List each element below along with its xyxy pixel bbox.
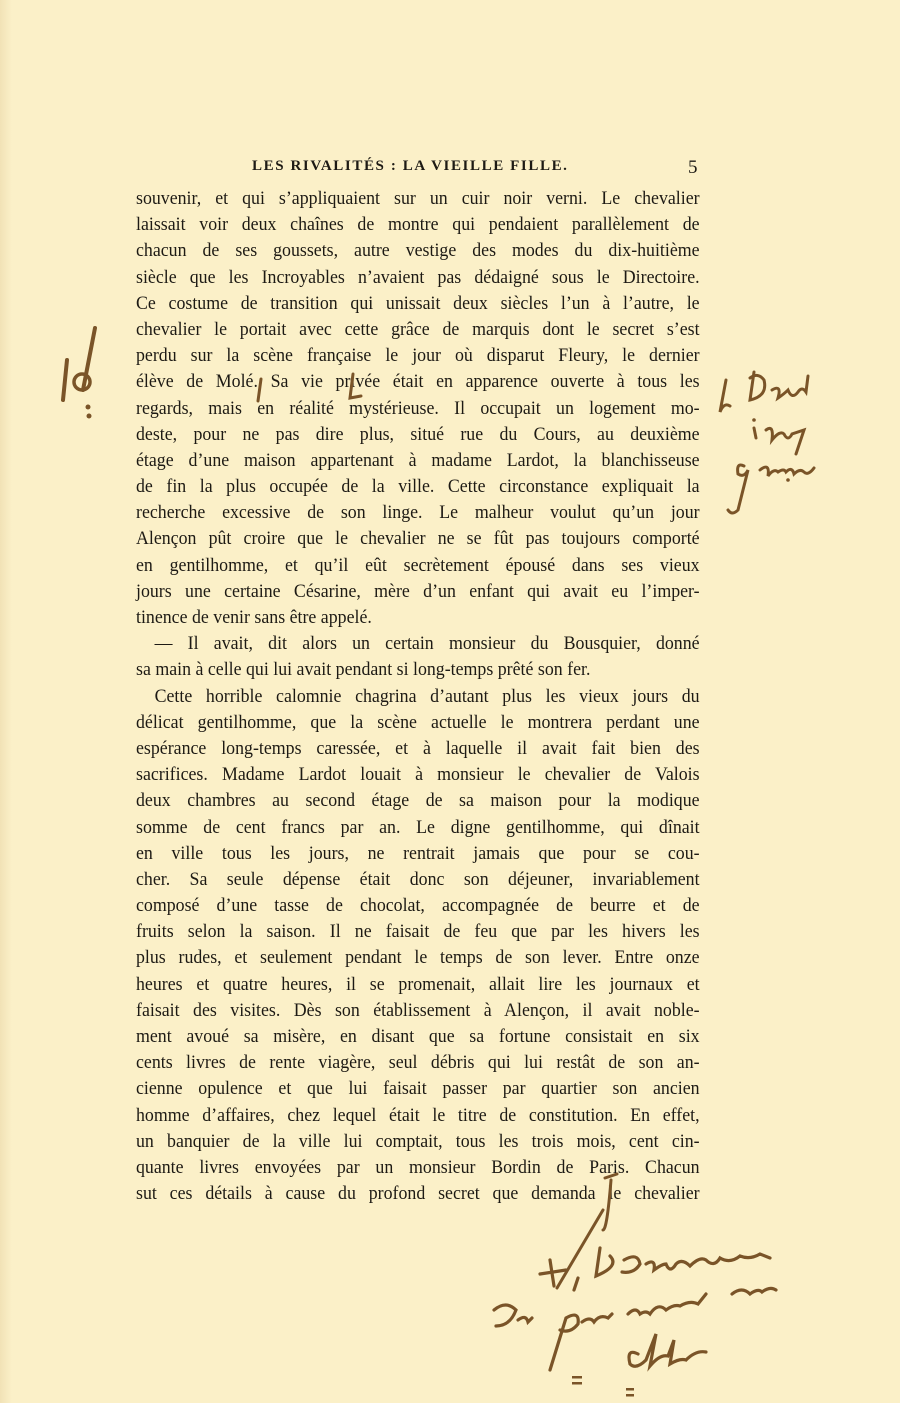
text-line: chacun de ses goussets, autre vestige de… — [136, 238, 700, 264]
text-line: sa main à celle qui lui avait pendant si… — [136, 657, 700, 683]
text-line: cher. Sa seule dépense était donc son dé… — [136, 867, 700, 893]
text-line: de fin la plus occupée de la ville. Cett… — [136, 474, 700, 500]
text-line: un banquier de la ville lui comptait, to… — [136, 1129, 700, 1155]
text-line: regards, mais en réalité mystérieuse. Il… — [136, 396, 700, 422]
text-line: élève de Molé. Sa vie privée était en ap… — [136, 369, 700, 395]
text-line: recherche excessive de son linge. Le mal… — [136, 500, 700, 526]
text-line: sacrifices. Madame Lardot louait à monsi… — [136, 762, 700, 788]
text-line: siècle que les Incroyables n’avaient pas… — [136, 265, 700, 291]
text-line: heures et quatre heures, il se promenait… — [136, 972, 700, 998]
right-margin-ink-note — [708, 350, 898, 520]
text-line: en ville tous les jours, ne rentrait jam… — [136, 841, 700, 867]
insertion-mark-privee — [345, 372, 363, 406]
bottom-ink-note — [470, 1230, 810, 1400]
body-text: souvenir, et qui s’appliquaient sur un c… — [136, 186, 700, 1207]
text-line: Cette horrible calomnie chagrina d’autan… — [136, 684, 700, 710]
text-line: homme d’affaires, chez lequel était le t… — [136, 1103, 700, 1129]
text-line: souvenir, et qui s’appliquaient sur un c… — [136, 186, 700, 212]
text-line: espérance long-temps caressée, et à laqu… — [136, 736, 700, 762]
text-line: somme de cent francs par an. Le digne ge… — [136, 815, 700, 841]
text-line: Alençon pût croire que le chevalier ne s… — [136, 526, 700, 552]
left-margin-ink-mark — [55, 320, 115, 420]
text-line: cents livres de rente viagère, seul débr… — [136, 1050, 700, 1076]
text-line: perdu sur la scène française le jour où … — [136, 343, 700, 369]
text-line: tinence de venir sans être appelé. — [136, 605, 700, 631]
text-line: ment avoué sa misère, en disant que sa f… — [136, 1024, 700, 1050]
text-line: plus rudes, et seulement pendant le temp… — [136, 945, 700, 971]
insertion-mark-sa — [253, 375, 267, 405]
text-line: deste, pour ne pas dire plus, situé rue … — [136, 422, 700, 448]
text-line: délicat gentilhomme, que la scène actuel… — [136, 710, 700, 736]
page-number: 5 — [688, 157, 698, 179]
text-line: composé d’une tasse de chocolat, accompa… — [136, 893, 700, 919]
page-edge — [0, 0, 12, 1403]
text-line: chevalier le portait avec cette grâce de… — [136, 317, 700, 343]
text-line: Ce costume de transition qui unissait de… — [136, 291, 700, 317]
text-line: jours une certaine Césarine, mère d’un e… — [136, 579, 700, 605]
text-line: faisait des visites. Dès son établisseme… — [136, 998, 700, 1024]
text-line: — Il avait, dit alors un certain monsieu… — [136, 631, 700, 657]
text-line: cienne opulence et que lui faisait passe… — [136, 1076, 700, 1102]
text-line: deux chambres au second étage de sa mais… — [136, 788, 700, 814]
text-line: étage d’une maison appartenant à madame … — [136, 448, 700, 474]
text-line: laissait voir deux chaînes de montre qui… — [136, 212, 700, 238]
text-line: fruits selon la saison. Il ne faisait de… — [136, 919, 700, 945]
running-head: LES RIVALITÉS : LA VIEILLE FILLE. — [252, 158, 569, 175]
text-line: en gentilhomme, et qu’il eût secrètement… — [136, 553, 700, 579]
